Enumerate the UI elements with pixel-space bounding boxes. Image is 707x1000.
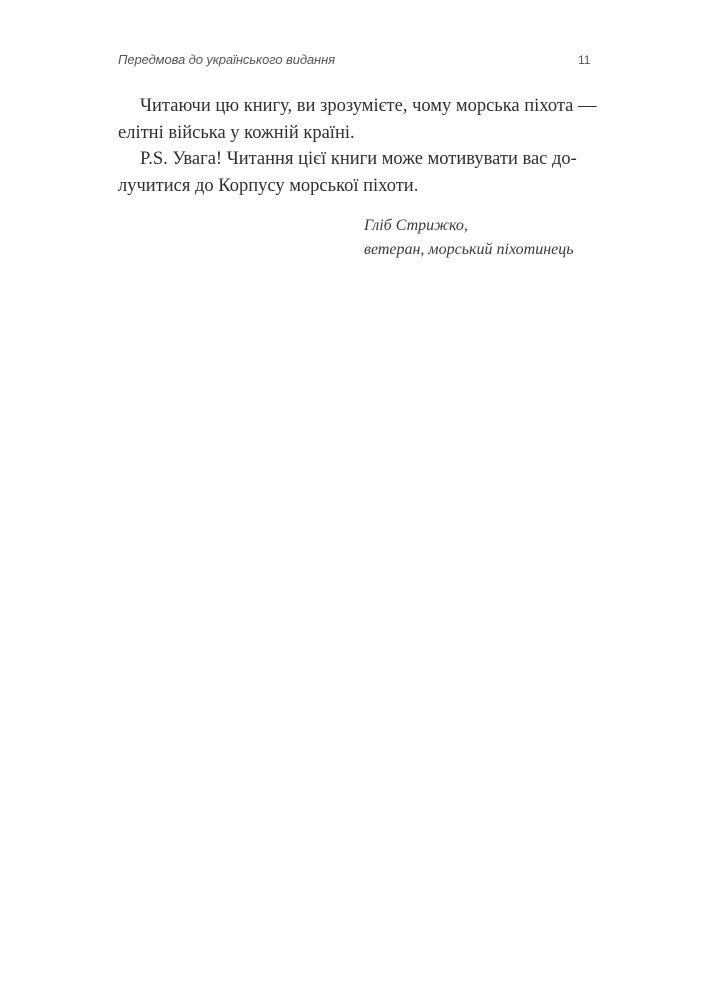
page-number: 11: [578, 53, 590, 67]
book-page: Передмова до українського видання 11 Чит…: [0, 0, 707, 1000]
text-line: P.S. Увага! Читання цієї книги може моти…: [118, 146, 600, 173]
signature-block: Гліб Стрижко, ветеран, морський піхотине…: [364, 214, 574, 262]
text-line: елітні війська у кожній країні.: [118, 120, 600, 147]
text-line: Читаючи цю книгу, ви зрозумієте, чому мо…: [118, 93, 600, 120]
signature-title: ветеран, морський піхотинець: [364, 238, 574, 262]
paragraph: Читаючи цю книгу, ви зрозумієте, чому мо…: [118, 93, 600, 146]
paragraph: P.S. Увага! Читання цієї книги може моти…: [118, 146, 600, 199]
body-text: Читаючи цю книгу, ви зрозумієте, чому мо…: [118, 93, 600, 199]
text-line: лучитися до Корпусу морської піхоти.: [118, 173, 600, 200]
running-head-title: Передмова до українського видання: [118, 52, 335, 67]
signature-name: Гліб Стрижко,: [364, 214, 574, 238]
